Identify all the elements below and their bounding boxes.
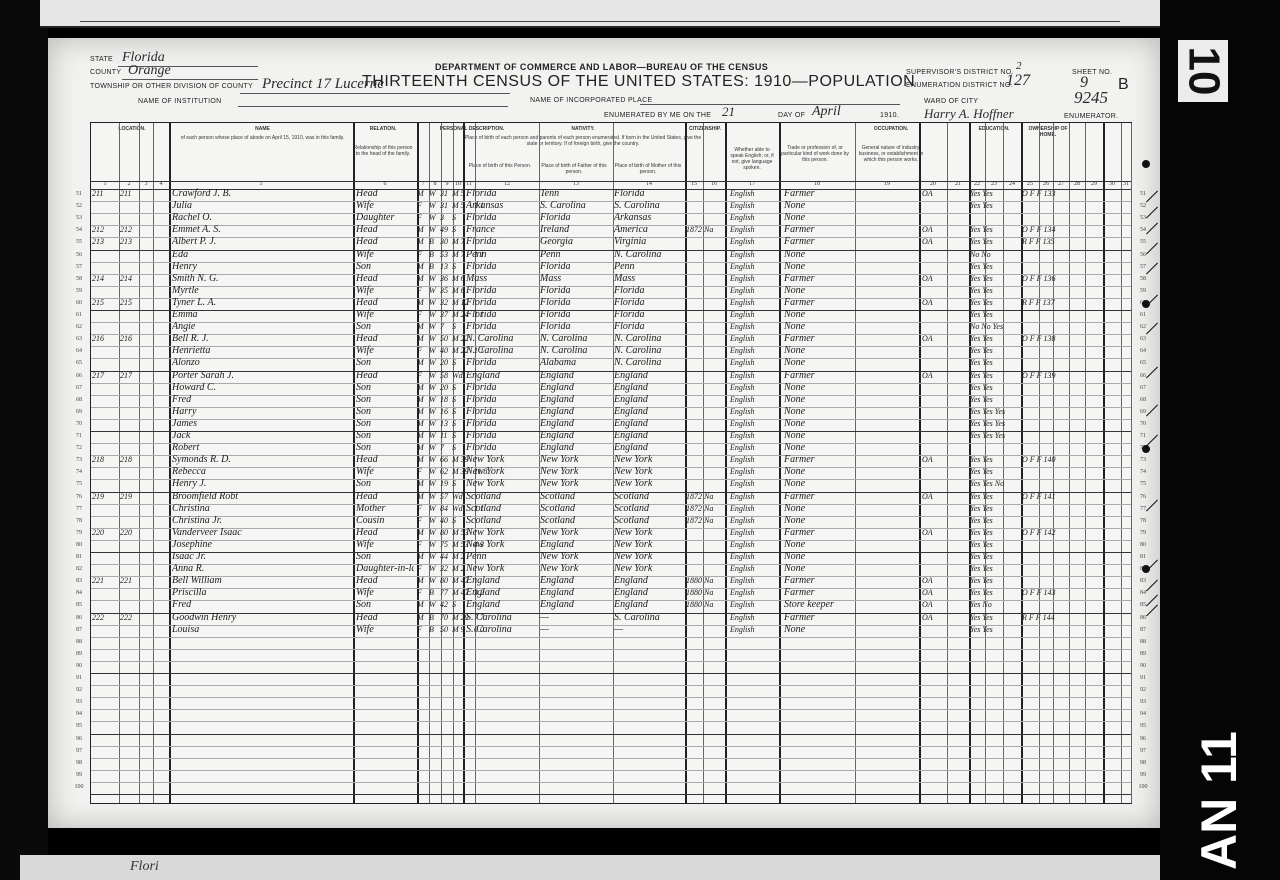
cell-father: Penn: [540, 249, 610, 261]
cell-trade: None: [784, 261, 854, 273]
column-number: 21: [947, 181, 969, 187]
cell-educ: Yes Yes: [970, 273, 1020, 285]
cell-birth: New York: [466, 454, 536, 466]
cell-dwelling: 211: [92, 188, 118, 200]
supervisor-label: SUPERVISOR'S DISTRICT NO.: [906, 69, 1014, 76]
cell-family: 222: [120, 612, 140, 624]
cell-name: Anna R.: [172, 563, 352, 575]
line-number: 84: [68, 590, 90, 596]
cell-birth: Arkansas: [466, 200, 536, 212]
cell-father: Scotland: [540, 491, 610, 503]
column-number: 1: [91, 181, 119, 187]
cell-sex: M: [417, 442, 428, 454]
cell-name: Emmet A. S.: [172, 224, 352, 236]
cell-age: 58: [440, 370, 452, 382]
column-number: 28: [1069, 181, 1085, 187]
line-number: 76: [68, 494, 90, 500]
cell-name: Henrietta: [172, 345, 352, 357]
cell-name: Emma: [172, 309, 352, 321]
line-number: 75: [1132, 481, 1154, 487]
cell-birth: Florida: [466, 212, 536, 224]
row-divider: [91, 782, 1131, 783]
cell-mother: Arkansas: [614, 212, 684, 224]
cell-mother: Scotland: [614, 503, 684, 515]
line-number: 89: [68, 651, 90, 657]
cell-father: Tenn: [540, 188, 610, 200]
cell-race: B: [429, 624, 440, 636]
line-number: 71: [1132, 433, 1154, 439]
cell-sex: F: [417, 249, 428, 261]
cell-age: 30: [440, 236, 452, 248]
cell-race: W: [429, 345, 440, 357]
cell-dwelling: 212: [92, 224, 118, 236]
line-number: 80: [68, 542, 90, 548]
cell-trade: None: [784, 418, 854, 430]
cell-dwelling: 221: [92, 575, 118, 587]
cell-race: W: [429, 285, 440, 297]
cell-birth: Florida: [466, 309, 536, 321]
sheet-side: B: [1118, 76, 1129, 94]
cell-relation: Head: [356, 612, 414, 624]
cell-dwelling: 219: [92, 491, 118, 503]
cell-lang: English: [730, 599, 776, 611]
cell-trade: None: [784, 285, 854, 297]
cell-age: 49: [440, 224, 452, 236]
cell-natur: Na: [704, 491, 722, 503]
cell-emp: OA: [922, 491, 944, 503]
row-divider: [91, 649, 1131, 650]
cell-father: England: [540, 370, 610, 382]
cell-birth: Penn: [466, 551, 536, 563]
cell-birth: Penn: [466, 249, 536, 261]
cell-father: England: [540, 575, 610, 587]
cell-relation: Cousin: [356, 515, 414, 527]
cell-lang: English: [730, 273, 776, 285]
cell-educ: Yes Yes: [970, 297, 1020, 309]
cell-race: W: [429, 357, 440, 369]
cell-relation: Head: [356, 454, 414, 466]
cell-family: 217: [120, 370, 140, 382]
cell-father: England: [540, 430, 610, 442]
line-number: 74: [1132, 469, 1154, 475]
cell-birth: Florida: [466, 406, 536, 418]
township-label: TOWNSHIP OR OTHER DIVISION OF COUNTY: [90, 83, 253, 90]
line-number: 84: [1132, 590, 1154, 596]
cell-own: O F F 139: [1022, 370, 1102, 382]
cell-race: W: [429, 454, 440, 466]
cell-trade: None: [784, 624, 854, 636]
cell-mother: Mass: [614, 273, 684, 285]
name-header: NAME: [175, 126, 350, 132]
cell-age: 62: [440, 466, 452, 478]
column-number: 6: [353, 181, 417, 187]
reel-number: 10: [1178, 47, 1228, 96]
cell-name: Bell William: [172, 575, 352, 587]
cell-mother: Florida: [614, 321, 684, 333]
cell-family: 214: [120, 273, 140, 285]
line-number: 93: [1132, 699, 1154, 705]
cell-trade: None: [784, 551, 854, 563]
cell-name: Vanderveer Isaac: [172, 527, 352, 539]
line-number: 90: [1132, 663, 1154, 669]
cell-age: 19: [440, 478, 452, 490]
cell-sex: F: [417, 515, 428, 527]
cell-father: England: [540, 406, 610, 418]
cell-trade: None: [784, 406, 854, 418]
cell-mother: England: [614, 418, 684, 430]
sheet-label: SHEET NO.: [1072, 69, 1112, 76]
line-number: 90: [68, 663, 90, 669]
cell-lang: English: [730, 503, 776, 515]
cell-name: Priscilla: [172, 587, 352, 599]
cell-mother: N. Carolina: [614, 249, 684, 261]
line-number: 56: [1132, 252, 1154, 258]
film-edge-text: AN 11: [1190, 540, 1280, 880]
cell-family: 219: [120, 491, 140, 503]
cell-sex: M: [417, 394, 428, 406]
state-label: STATE: [90, 56, 113, 63]
line-number: 70: [68, 421, 90, 427]
column-number: 17: [725, 181, 779, 187]
cell-relation: Son: [356, 406, 414, 418]
cell-sex: F: [417, 212, 428, 224]
cell-relation: Son: [356, 382, 414, 394]
cell-sex: F: [417, 309, 428, 321]
cell-family: 213: [120, 236, 140, 248]
row-divider: [91, 770, 1131, 771]
cell-relation: Son: [356, 478, 414, 490]
cell-educ: Yes Yes: [970, 563, 1020, 575]
cell-lang: English: [730, 297, 776, 309]
cell-age: 13: [440, 418, 452, 430]
cell-age: 50: [440, 624, 452, 636]
line-number: 95: [68, 723, 90, 729]
cell-trade: Farmer: [784, 333, 854, 345]
cell-mother: England: [614, 370, 684, 382]
line-number: 93: [68, 699, 90, 705]
cell-lang: English: [730, 442, 776, 454]
name-desc: of each person whose place of abode on A…: [175, 135, 350, 141]
cell-sex: M: [417, 188, 428, 200]
cell-trade: Farmer: [784, 612, 854, 624]
cell-educ: Yes Yes: [970, 624, 1020, 636]
cell-birth: Florida: [466, 321, 536, 333]
cell-birth: Florida: [466, 418, 536, 430]
cell-educ: Yes Yes: [970, 491, 1020, 503]
line-number: 58: [68, 276, 90, 282]
row-divider: [91, 746, 1131, 747]
cell-name: Symonds R. D.: [172, 454, 352, 466]
cell-relation: Son: [356, 599, 414, 611]
cell-relation: Daughter-in-law: [356, 563, 414, 575]
cell-own: O F F 143: [1022, 587, 1102, 599]
cell-relation: Mother: [356, 503, 414, 515]
cell-lang: English: [730, 612, 776, 624]
cell-lang: English: [730, 551, 776, 563]
column-number: 19: [855, 181, 919, 187]
cell-birth: England: [466, 575, 536, 587]
cell-father: Mass: [540, 273, 610, 285]
cell-father: England: [540, 418, 610, 430]
cell-sex: M: [417, 321, 428, 333]
cell-race: B: [429, 249, 440, 261]
nativity-desc: Place of birth of each person and parent…: [463, 135, 703, 147]
cell-sex: M: [417, 261, 428, 273]
next-sheet-strip: Flori: [20, 855, 1160, 880]
cell-race: W: [429, 575, 440, 587]
cell-emp: OA: [922, 370, 944, 382]
cell-natur: Na: [704, 575, 722, 587]
cell-educ: Yes Yes: [970, 200, 1020, 212]
column-number: 11: [463, 181, 475, 187]
cell-natur: Na: [704, 587, 722, 599]
column-number: 8: [429, 181, 441, 187]
column-number: 25: [1021, 181, 1039, 187]
cell-age: 50: [440, 333, 452, 345]
birth-father-header: Place of birth of Father of this person.: [539, 163, 609, 175]
cell-dwelling: 220: [92, 527, 118, 539]
ward-label: WARD OF CITY: [924, 98, 978, 105]
cell-race: W: [429, 333, 440, 345]
line-number: 53: [68, 215, 90, 221]
cell-relation: Head: [356, 273, 414, 285]
cell-educ: Yes Yes: [970, 575, 1020, 587]
cell-trade: None: [784, 478, 854, 490]
cell-relation: Son: [356, 321, 414, 333]
cell-family: 218: [120, 454, 140, 466]
cell-sex: M: [417, 551, 428, 563]
cell-age: 75: [440, 539, 452, 551]
cell-relation: Wife: [356, 285, 414, 297]
cell-father: New York: [540, 527, 610, 539]
cell-mother: N. Carolina: [614, 357, 684, 369]
cell-relation: Head: [356, 491, 414, 503]
stamp-number: 9245: [1074, 88, 1108, 108]
line-number: 91: [1132, 675, 1154, 681]
cell-birth: Florida: [466, 394, 536, 406]
cell-name: Alonzo: [172, 357, 352, 369]
cell-birth: Florida: [466, 382, 536, 394]
cell-father: N. Carolina: [540, 333, 610, 345]
column-number: 18: [779, 181, 855, 187]
cell-mother: N. Carolina: [614, 345, 684, 357]
industry-header: General nature of industry, business, or…: [855, 145, 927, 163]
cell-birth: N. Carolina: [466, 345, 536, 357]
line-number: 59: [68, 288, 90, 294]
cell-name: Rachel O.: [172, 212, 352, 224]
cell-mother: Florida: [614, 309, 684, 321]
cell-trade: None: [784, 200, 854, 212]
line-number: 73: [1132, 457, 1154, 463]
line-number: 77: [68, 506, 90, 512]
cell-own: R F F 135: [1022, 236, 1102, 248]
cell-race: B: [429, 612, 440, 624]
line-number: 86: [1132, 615, 1154, 621]
cell-family: 212: [120, 224, 140, 236]
line-number: 74: [68, 469, 90, 475]
column-number: 31: [1121, 181, 1131, 187]
cell-sex: M: [417, 491, 428, 503]
cell-age: 80: [440, 575, 452, 587]
line-number: 62: [68, 324, 90, 330]
year-label: 1910.: [880, 112, 899, 119]
occupation-header: OCCUPATION.: [791, 126, 991, 132]
cell-birth: New York: [466, 539, 536, 551]
cell-sex: F: [417, 370, 428, 382]
cell-sex: F: [417, 587, 428, 599]
cell-emp: OA: [922, 527, 944, 539]
cell-relation: Head: [356, 333, 414, 345]
cell-lang: English: [730, 563, 776, 575]
institution-label: NAME OF INSTITUTION: [138, 98, 221, 105]
cell-lang: English: [730, 539, 776, 551]
education-header: EDUCATION.: [969, 126, 1019, 132]
line-number: 71: [68, 433, 90, 439]
line-number: 99: [1132, 772, 1154, 778]
row-divider: [91, 685, 1131, 686]
cell-age: 44: [440, 551, 452, 563]
cell-lang: English: [730, 212, 776, 224]
line-number: 97: [68, 748, 90, 754]
line-number: 52: [1132, 203, 1154, 209]
cell-sex: F: [417, 563, 428, 575]
cell-age: 31: [440, 188, 452, 200]
cell-trade: Farmer: [784, 527, 854, 539]
cell-age: 84: [440, 503, 452, 515]
cell-family: 221: [120, 575, 140, 587]
cell-family: 215: [120, 297, 140, 309]
cell-mother: England: [614, 575, 684, 587]
punch-hole: [1142, 160, 1150, 168]
line-number: 99: [68, 772, 90, 778]
punch-hole: [1142, 300, 1150, 308]
cell-race: W: [429, 430, 440, 442]
cell-birth: England: [466, 587, 536, 599]
language-header: Whether able to speak English; or, if no…: [727, 147, 777, 171]
cell-educ: Yes Yes: [970, 188, 1020, 200]
cell-name: Eda: [172, 249, 352, 261]
cell-father: Florida: [540, 285, 610, 297]
row-divider: [91, 637, 1131, 638]
cell-mother: Scotland: [614, 491, 684, 503]
cell-birth: S. Carolina: [466, 612, 536, 624]
cell-trade: None: [784, 442, 854, 454]
line-number: 98: [1132, 760, 1154, 766]
cell-sex: M: [417, 357, 428, 369]
cell-educ: Yes Yes: [970, 224, 1020, 236]
cell-lang: English: [730, 333, 776, 345]
punch-hole: [1142, 565, 1150, 573]
cell-name: Isaac Jr.: [172, 551, 352, 563]
cell-sex: F: [417, 466, 428, 478]
cell-trade: Store keeper: [784, 599, 854, 611]
cell-trade: Farmer: [784, 273, 854, 285]
enumerated-day: 21: [722, 104, 735, 120]
cell-sex: M: [417, 527, 428, 539]
row-divider: [91, 758, 1131, 759]
line-number: 83: [68, 578, 90, 584]
cell-relation: Wife: [356, 345, 414, 357]
cell-age: 32: [440, 297, 452, 309]
cell-father: New York: [540, 466, 610, 478]
column-number: 12: [475, 181, 539, 187]
cell-race: B: [429, 261, 440, 273]
row-divider: [91, 661, 1131, 662]
line-number: 100: [68, 784, 90, 790]
cell-birth: New York: [466, 478, 536, 490]
cell-relation: Daughter: [356, 212, 414, 224]
cell-birth: Florida: [466, 188, 536, 200]
line-number: 68: [68, 397, 90, 403]
cell-lang: English: [730, 249, 776, 261]
cell-race: W: [429, 527, 440, 539]
column-number: 30: [1103, 181, 1121, 187]
cell-own: O F F 142: [1022, 527, 1102, 539]
cell-lang: English: [730, 418, 776, 430]
cell-lang: English: [730, 261, 776, 273]
cell-lang: English: [730, 188, 776, 200]
cell-name: Crawford J. B.: [172, 188, 352, 200]
cell-educ: Yes Yes: [970, 261, 1020, 273]
cell-age: 80: [440, 527, 452, 539]
cell-educ: Yes Yes: [970, 503, 1020, 515]
cell-educ: Yes Yes: [970, 333, 1020, 345]
cell-relation: Wife: [356, 587, 414, 599]
cell-name: Angie: [172, 321, 352, 333]
column-number: 14: [613, 181, 685, 187]
cell-age: 42: [440, 599, 452, 611]
cell-name: Jack: [172, 430, 352, 442]
cell-father: Ireland: [540, 224, 610, 236]
cell-trade: Farmer: [784, 587, 854, 599]
cell-name: Smith N. G.: [172, 273, 352, 285]
cell-educ: Yes Yes Yes: [970, 418, 1020, 430]
cell-dwelling: 213: [92, 236, 118, 248]
line-number: 67: [1132, 385, 1154, 391]
line-number: 66: [68, 373, 90, 379]
cell-father: New York: [540, 551, 610, 563]
line-number: 100: [1132, 784, 1154, 790]
cell-father: —: [540, 612, 610, 624]
cell-lang: English: [730, 382, 776, 394]
line-number: 60: [68, 300, 90, 306]
column-number: 15: [685, 181, 703, 187]
line-number: 82: [68, 566, 90, 572]
cell-mother: N. Carolina: [614, 333, 684, 345]
cell-age: 11: [440, 430, 452, 442]
cell-lang: English: [730, 321, 776, 333]
column-number: 29: [1085, 181, 1103, 187]
cell-birth: Florida: [466, 236, 536, 248]
cell-sex: F: [417, 345, 428, 357]
cell-race: W: [429, 188, 440, 200]
cell-father: England: [540, 599, 610, 611]
cell-race: W: [429, 382, 440, 394]
column-number: 13: [539, 181, 613, 187]
cell-sex: F: [417, 539, 428, 551]
punch-hole: [1142, 445, 1150, 453]
cell-birth: Scotland: [466, 491, 536, 503]
line-number: 80: [1132, 542, 1154, 548]
cell-mother: S. Carolina: [614, 612, 684, 624]
cell-trade: None: [784, 539, 854, 551]
cell-age: 3: [440, 212, 452, 224]
cell-age: 32: [440, 563, 452, 575]
line-number: 88: [1132, 639, 1154, 645]
birth-mother-header: Place of birth of Mother of this person.: [613, 163, 683, 175]
cell-name: Fred: [172, 394, 352, 406]
enumerated-label: ENUMERATED BY ME ON THE: [604, 112, 711, 119]
